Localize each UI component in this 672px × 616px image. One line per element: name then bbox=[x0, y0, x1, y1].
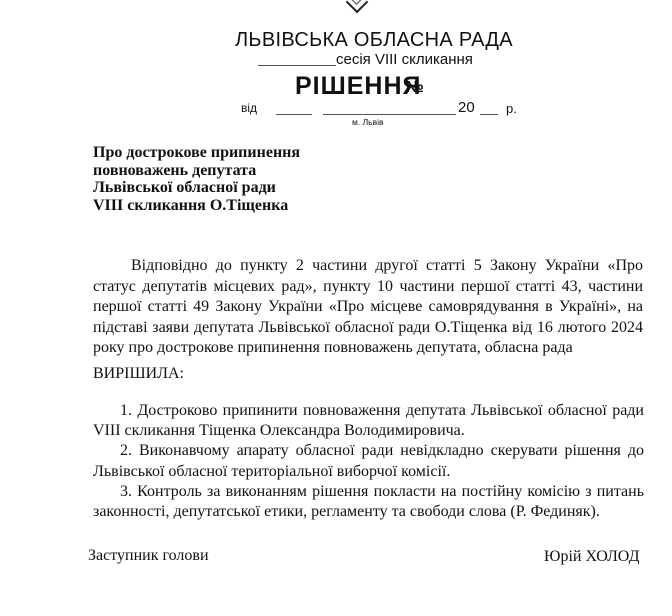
year-prefix: 20 bbox=[458, 99, 475, 116]
document-title: Про дострокове припинення повноважень де… bbox=[93, 144, 300, 214]
month-blank bbox=[323, 114, 456, 115]
title-line: Львівської обласної ради bbox=[93, 179, 300, 197]
resolved-label: ВИРІШИЛА: bbox=[93, 365, 184, 383]
title-line: Про дострокове припинення bbox=[93, 144, 300, 162]
preamble-paragraph: Відповідно до пункту 2 частини другої ст… bbox=[93, 256, 643, 359]
decision-item: 1. Достроково припинити повноваження деп… bbox=[93, 401, 644, 441]
date-prefix: від bbox=[241, 101, 257, 115]
title-line: повноважень депутата bbox=[93, 162, 300, 180]
year-suffix: р. bbox=[506, 101, 517, 116]
signatory-name: Юрій ХОЛОД bbox=[544, 548, 639, 566]
session-number-blank bbox=[258, 65, 336, 66]
title-line: VIII скликання О.Тіщенка bbox=[93, 197, 300, 215]
year-blank bbox=[480, 114, 498, 115]
day-blank bbox=[276, 114, 312, 115]
signatory-position: Заступник голови bbox=[88, 547, 209, 565]
session-label: сесія VIII скликання bbox=[336, 51, 473, 68]
council-name: ЛЬВІВСЬКА ОБЛАСНА РАДА bbox=[235, 29, 513, 52]
decision-item: 3. Контроль за виконанням рішення поклас… bbox=[93, 482, 644, 522]
decision-items: 1. Достроково припинити повноваження деп… bbox=[93, 401, 644, 522]
decision-item: 2. Виконавчому апарату обласної ради нев… bbox=[93, 441, 644, 481]
document-type: РІШЕННЯ bbox=[295, 72, 422, 101]
number-sign: № bbox=[406, 79, 424, 97]
city-label: м. Львів bbox=[352, 117, 384, 127]
preamble: Відповідно до пункту 2 частини другої ст… bbox=[93, 256, 643, 359]
